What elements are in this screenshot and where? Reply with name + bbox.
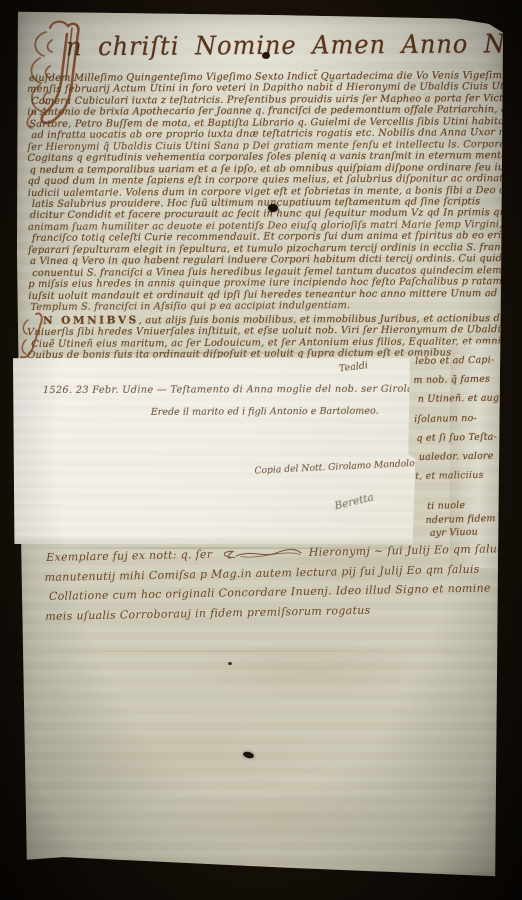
ink-blot (268, 204, 278, 212)
line-fragment: nderum fidem (425, 511, 517, 527)
paragraph-incipit: N OMNIBVS (43, 314, 139, 327)
horizontal-crease (24, 650, 496, 652)
line-fragment: t, et maliciius (415, 465, 515, 486)
parchment-hole (242, 751, 254, 759)
body-line: Templum S. franciſci in Aſsiſio qui p ea… (30, 299, 499, 313)
invocation-line: n chriſti Nomine Amen Anno Natiuitat̃ (66, 28, 522, 61)
covered-line-endings-lower: ti nuole nderum fidem ayr Viuou (425, 498, 518, 541)
line-fragment: ti nuole (427, 498, 517, 514)
archivist-slip: Tealdi 1526. 23 Febr. Udine — Teſtamento… (12, 356, 416, 546)
small-stain (228, 662, 232, 665)
slip-summary-line1: 1526. 23 Febr. Udine — Teſtamento di Ann… (43, 384, 464, 396)
slip-faint-pencil-word: Beretta (333, 491, 375, 512)
testament-body: eiuſdem Milleſimo Quingenteſimo Vigeſimo… (27, 70, 499, 313)
line-fragment: ualedor. valore (419, 446, 515, 467)
slip-summary-line2: Erede il marito ed i figli Antonio e Bar… (151, 406, 379, 418)
covered-line-endings: lebo et ad Capi- m nob. q̃ fames n Utine… (413, 350, 515, 486)
line-fragment: q et ſi ſuo Teſta- (416, 427, 514, 448)
line-fragment: n Utineñ. et aug (418, 389, 514, 410)
slip-copy-note: Copia del Nott. Girolamo Mondolo (254, 458, 415, 477)
line-fragment: iſolanum no- (414, 408, 514, 429)
notarial-closing-block: Exemplare fuj ex nott: q. ſer Hieronymj … (44, 539, 505, 626)
manuscript-photo: n chriſti Nomine Amen Anno Natiuitat̃ ei… (0, 0, 522, 900)
slip-family-name: Tealdi (338, 360, 368, 374)
line-fragment: ayr Viuou (430, 525, 518, 541)
ink-blot (262, 52, 270, 59)
notarial-flourish-icon (218, 545, 303, 563)
closing-line1-left: Exemplare fuj ex nott: q. ſer (46, 545, 212, 568)
invocation-text: n chriſti Nomine Amen Anno Natiuitat̃ (66, 28, 522, 61)
line-fragment: lebo et ad Capi- (415, 350, 513, 371)
line-fragment: m nob. q̃ fames (413, 369, 513, 390)
